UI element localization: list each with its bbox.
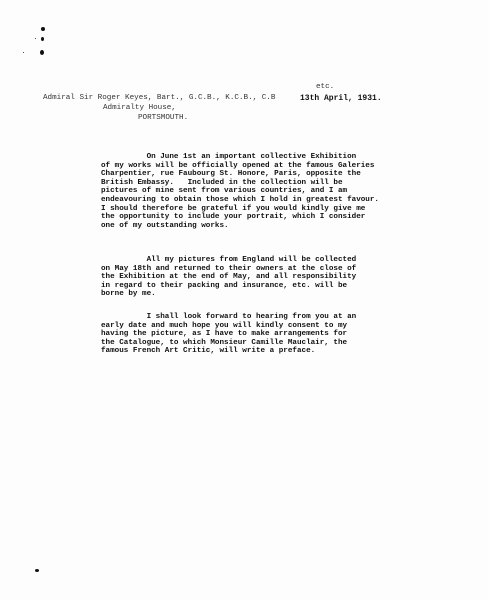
text-line: pictures of mine sent from various count… — [101, 187, 421, 196]
text-line: I should therefore be grateful if you wo… — [101, 205, 421, 214]
text-line: on May 18th and returned to their owners… — [101, 265, 421, 274]
text-line: in regard to their packing and insurance… — [101, 282, 421, 291]
paragraph-2: All my pictures from England will be col… — [101, 256, 421, 299]
text-line: On June 1st an important collective Exhi… — [101, 153, 421, 162]
text-line: Charpentier, rue Faubourg St. Honore, Pa… — [101, 170, 421, 179]
address-line-1: Admiralty House, — [103, 104, 176, 113]
letter-date: 13th April, 1931. — [300, 94, 382, 103]
letter-page: etc. Admiral Sir Roger Keyes, Bart., G.C… — [0, 0, 489, 600]
text-line: having the picture, as I have to make ar… — [101, 330, 421, 339]
paragraph-3: I shall look forward to hearing from you… — [101, 313, 421, 356]
text-line: British Embassy. Included in the collect… — [101, 179, 421, 188]
text-line: of my works will be officially opened at… — [101, 162, 421, 171]
punch-mark — [41, 37, 44, 41]
punch-mark — [35, 569, 39, 572]
text-line: famous French Art Critic, will write a p… — [101, 347, 421, 356]
punch-mark — [41, 27, 45, 31]
etc-text: etc. — [316, 83, 334, 92]
punch-mark — [40, 50, 44, 55]
text-line: All my pictures from England will be col… — [101, 256, 421, 265]
text-line: early date and much hope you will kindly… — [101, 322, 421, 331]
text-line: I shall look forward to hearing from you… — [101, 313, 421, 322]
punch-mark — [35, 38, 36, 39]
address-line-2: PORTSMOUTH. — [138, 114, 188, 123]
text-line: borne by me. — [101, 290, 421, 299]
text-line: the opportunity to include your portrait… — [101, 213, 421, 222]
text-line: one of my outstanding works. — [101, 222, 421, 231]
text-line: endeavouring to obtain those which I hol… — [101, 196, 421, 205]
addressee: Admiral Sir Roger Keyes, Bart., G.C.B., … — [43, 94, 275, 103]
text-line: the Catalogue, to which Monsieur Camille… — [101, 339, 421, 348]
paragraph-1: On June 1st an important collective Exhi… — [101, 153, 421, 230]
text-line: the Exhibition at the end of May, and al… — [101, 273, 421, 282]
punch-mark — [23, 52, 24, 53]
